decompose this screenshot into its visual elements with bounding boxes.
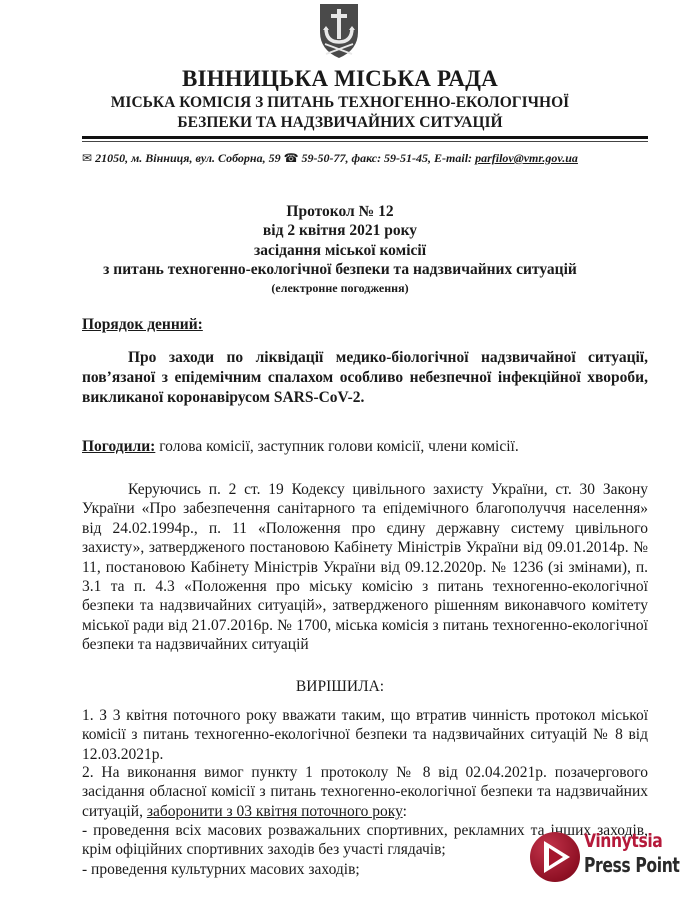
approved-by: Погодили: голова комісії, заступник голо… (82, 437, 648, 457)
protocol-date: від 2 квітня 2021 року (0, 222, 680, 240)
decision-item-2-suffix: : (403, 803, 407, 820)
watermark-line2: Press Point (584, 853, 679, 877)
agenda-text: Про заходи по ліквідації медико-біологіч… (82, 348, 648, 408)
decision-item-2: 2. На виконання вимог пункту 1 протоколу… (82, 763, 648, 821)
play-triangle-inner (549, 848, 563, 866)
document-page: ВІННИЦЬКА МІСЬКА РАДА МІСЬКА КОМІСІЯ З П… (0, 0, 680, 902)
protocol-mode: (електронне погодження) (0, 281, 680, 296)
org-subtitle-line1: МІСЬКА КОМІСІЯ З ПИТАНЬ ТЕХНОГЕННО-ЕКОЛО… (0, 94, 680, 112)
mail-icon: ✉ (82, 151, 92, 165)
agenda-heading: Порядок денний: (82, 316, 203, 334)
header-divider-thick (82, 136, 648, 139)
protocol-title: Протокол № 12 (0, 203, 680, 221)
decision-item-1: 1. З 3 квітня поточного року вважати так… (82, 706, 648, 764)
protocol-commission: з питань техногенно-екологічної безпеки … (0, 261, 680, 279)
org-subtitle-line2: БЕЗПЕКИ ТА НАДЗВИЧАЙНИХ СИТУАЦІЙ (0, 114, 680, 132)
decision-item-2-underlined: заборонити з 03 квітня поточного року (147, 803, 403, 820)
watermark-line1: Vinnytsia (584, 830, 662, 852)
contact-email-link[interactable]: parfilov@vmr.gov.ua (475, 151, 578, 165)
legal-basis-paragraph: Керуючись п. 2 ст. 19 Кодексу цивільного… (82, 480, 648, 655)
approved-label: Погодили: (82, 438, 155, 455)
approved-text: голова комісії, заступник голови комісії… (155, 438, 518, 455)
protocol-meeting: засідання міської комісії (0, 242, 680, 260)
vinnytsia-coat-of-arms-icon (306, 2, 372, 60)
decision-heading: ВИРІШИЛА: (0, 678, 680, 696)
press-point-watermark: Vinnytsia Press Point (530, 826, 678, 888)
phone-icon: ☎ (284, 151, 299, 165)
contact-line: ✉ 21050, м. Вінниця, вул. Соборна, 59 ☎ … (82, 151, 648, 166)
header-divider-thin (82, 141, 648, 142)
contact-phone: 59-50-77, факс: 59-51-45, E-mail: (302, 151, 473, 165)
contact-address: 21050, м. Вінниця, вул. Соборна, 59 (95, 151, 281, 165)
org-main-title: ВІННИЦЬКА МІСЬКА РАДА (0, 66, 680, 92)
